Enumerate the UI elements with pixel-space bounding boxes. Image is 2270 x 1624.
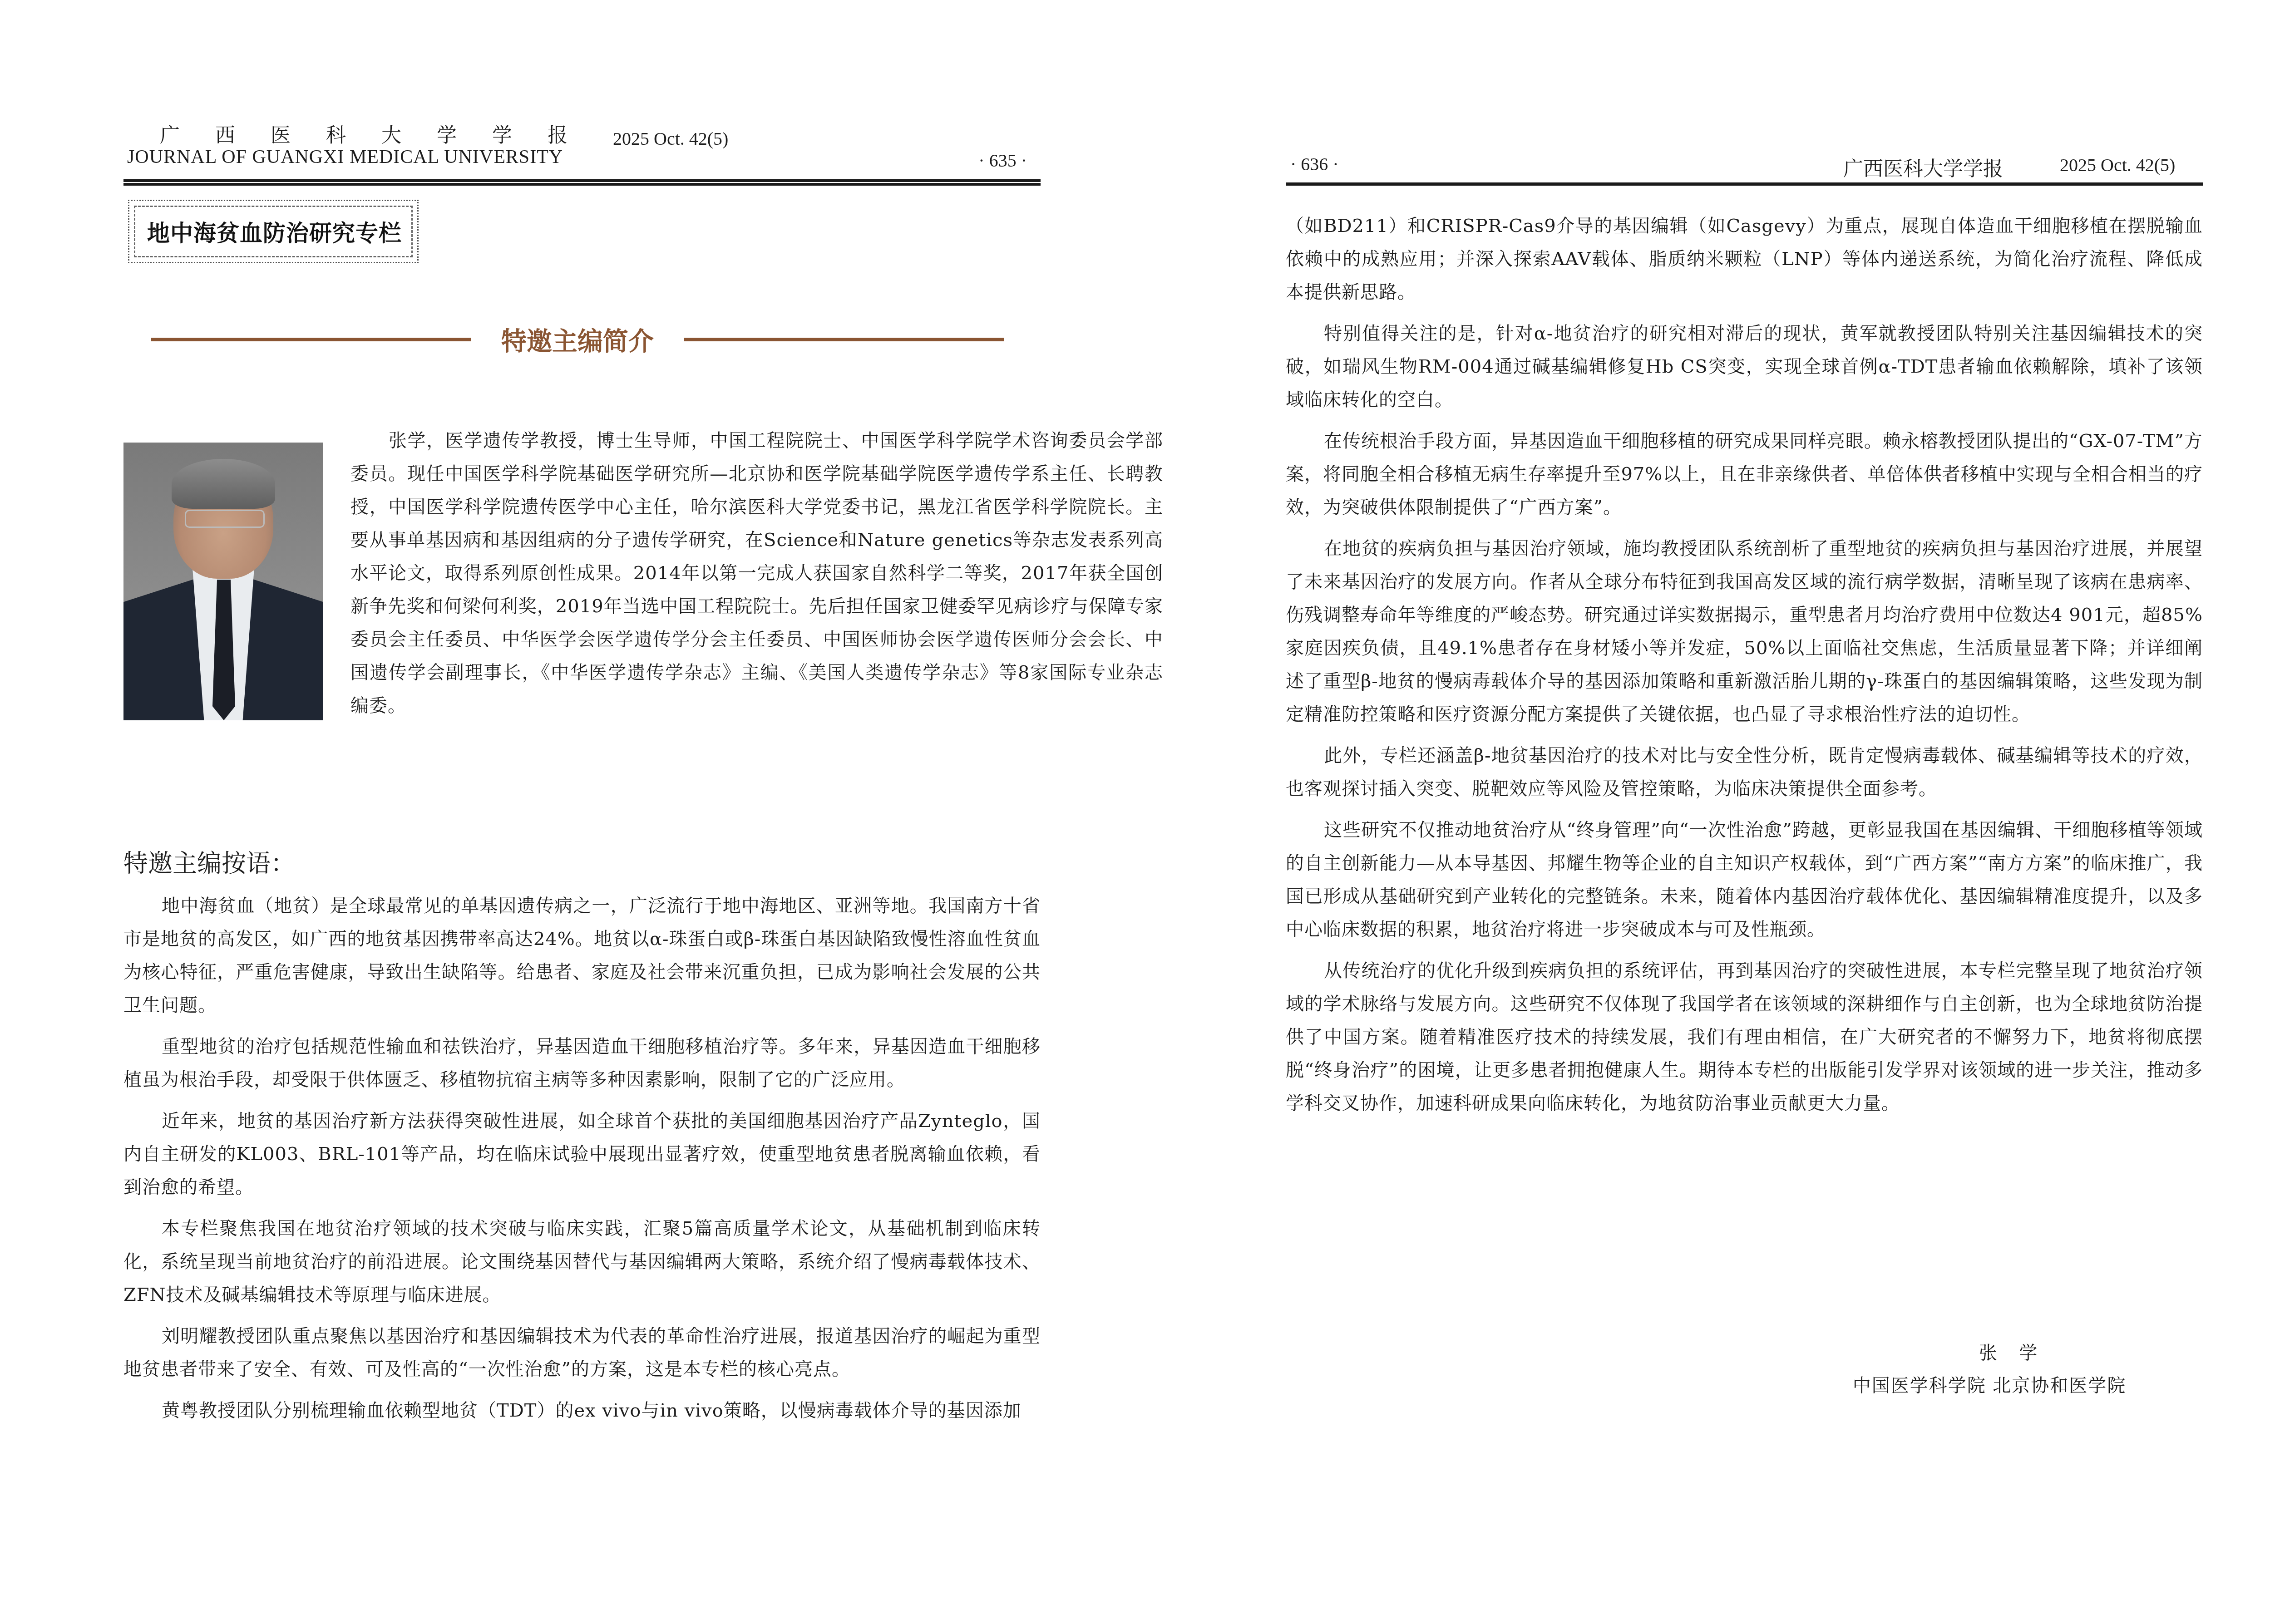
- section-heading-title: 特邀主编简介: [471, 321, 684, 358]
- paragraph: 特别值得关注的是，针对α-地贫治疗的研究相对滞后的现状，黄军就教授团队特别关注基…: [1286, 317, 2203, 417]
- column-badge: 地中海贫血防治研究专栏: [128, 200, 419, 263]
- heading-rule-left: [151, 338, 471, 341]
- header-rule: [123, 179, 1041, 186]
- paragraph: 地中海贫血（地贫）是全球最常见的单基因遗传病之一，广泛流行于地中海地区、亚洲等地…: [123, 890, 1041, 1022]
- editor-note-body-continued: （如BD211）和CRISPR-Cas9介导的基因编辑（如Casgevy）为重点…: [1286, 210, 2203, 1128]
- editor-note-body: 地中海贫血（地贫）是全球最常见的单基因遗传病之一，广泛流行于地中海地区、亚洲等地…: [123, 890, 1041, 1436]
- paragraph: 在地贫的疾病负担与基因治疗领域，施均教授团队系统剖析了重型地贫的疾病负担与基因治…: [1286, 532, 2203, 731]
- issue-info: 2025 Oct. 42(5): [2060, 154, 2175, 176]
- editor-bio-text: 张学，医学遗传学教授，博士生导师，中国工程院院士、中国医学科学院学术咨询委员会学…: [350, 424, 1163, 723]
- editor-note-title: 特邀主编按语：: [123, 844, 295, 879]
- page-number: · 635 ·: [978, 150, 1027, 171]
- page-number: · 636 ·: [1290, 153, 1339, 175]
- paragraph: 这些研究不仅推动地贫治疗从“终身管理”向“一次性治愈”跨越，更彰显我国在基因编辑…: [1286, 814, 2203, 946]
- section-heading: 特邀主编简介: [151, 321, 1004, 358]
- paragraph: 重型地贫的治疗包括规范性输血和祛铁治疗，异基因造血干细胞移植治疗等。多年来，异基…: [123, 1030, 1041, 1097]
- paragraph: 近年来，地贫的基因治疗新方法获得突破性进展，如全球首个获批的美国细胞基因治疗产品…: [123, 1105, 1041, 1204]
- paragraph: 从传统治疗的优化升级到疾病负担的系统评估，再到基因治疗的突破性进展，本专栏完整呈…: [1286, 955, 2203, 1120]
- editor-bio: 张学，医学遗传学教授，博士生导师，中国工程院院士、中国医学科学院学术咨询委员会学…: [350, 424, 1163, 723]
- editor-photo: [123, 443, 323, 720]
- paragraph-continued: （如BD211）和CRISPR-Cas9介导的基因编辑（如Casgevy）为重点…: [1286, 210, 2203, 309]
- signature-affiliation: 中国医学科学院 北京协和医学院: [1821, 1369, 2157, 1402]
- journal-title-en: JOURNAL OF GUANGXI MEDICAL UNIVERSITY: [127, 146, 563, 168]
- page-636: · 636 · 广西医科大学学报 2025 Oct. 42(5) （如BD211…: [1286, 0, 2203, 1624]
- heading-rule-right: [684, 338, 1004, 341]
- header-rule: [1286, 182, 2203, 186]
- paragraph: 在传统根治手段方面，异基因造血干细胞移植的研究成果同样亮眼。赖永榕教授团队提出的…: [1286, 425, 2203, 524]
- photo-hair: [172, 459, 275, 509]
- paragraph: 此外，专栏还涵盖β-地贫基因治疗的技术对比与安全性分析，既肯定慢病毒载体、碱基编…: [1286, 739, 2203, 806]
- photo-glasses: [185, 510, 265, 528]
- page-635: 广西医科大学学报 2025 Oct. 42(5) JOURNAL OF GUAN…: [123, 0, 1041, 1624]
- column-badge-frame: 地中海贫血防治研究专栏: [134, 206, 413, 257]
- issue-info: 2025 Oct. 42(5): [613, 128, 728, 149]
- journal-title-cn: 广西医科大学学报: [160, 119, 603, 148]
- signature: 张 学 中国医学科学院 北京协和医学院: [1840, 1337, 2157, 1402]
- signature-name: 张 学: [1867, 1337, 2157, 1369]
- journal-title-cn: 广西医科大学学报: [1843, 153, 2003, 182]
- column-badge-label: 地中海贫血防治研究专栏: [147, 215, 402, 248]
- paragraph: 本专栏聚焦我国在地贫治疗领域的技术突破与临床实践，汇聚5篇高质量学术论文，从基础…: [123, 1212, 1041, 1312]
- paragraph: 刘明耀教授团队重点聚焦以基因治疗和基因编辑技术为代表的革命性治疗进展，报道基因治…: [123, 1320, 1041, 1386]
- paragraph: 黄粤教授团队分别梳理输血依赖型地贫（TDT）的ex vivo与in vivo策略…: [123, 1394, 1041, 1427]
